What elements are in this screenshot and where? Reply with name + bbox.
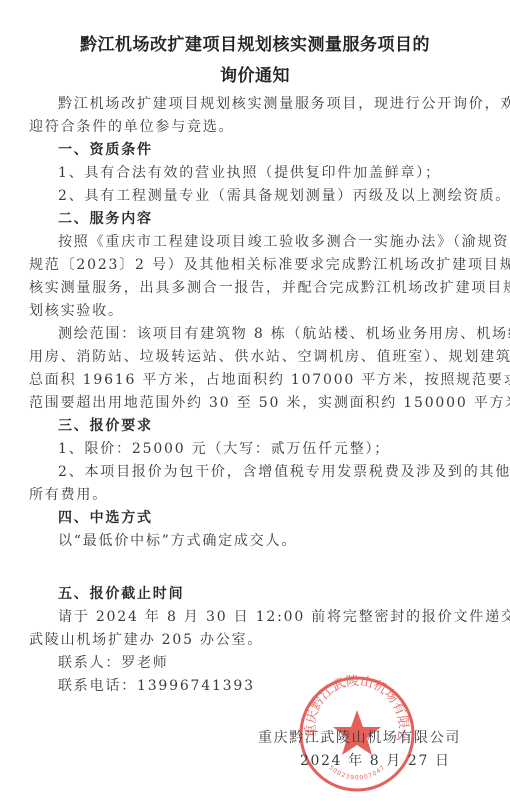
section1-item-1: 1、具有合法有效的营业执照（提供复印件加盖鲜章）； xyxy=(58,162,481,184)
section5-text-line1: 请于 2024 年 8 月 30 日 12:00 前将完整密封的报价文件递交至黔… xyxy=(58,606,481,628)
section2-para2-line1: 测绘范围：该项目有建筑物 8 栋（航站楼、机场业务用房、机场综 xyxy=(58,323,481,345)
section4-heading: 四、中选方式 xyxy=(58,507,481,529)
section2-para2-line2: 用房、消防站、垃圾转运站、供水站、空调机房、值班室）、规划建筑 xyxy=(29,346,481,368)
section2-para2-line4: 范围要超出用地范围外约 30 至 50 米，实测面积约 150000 平方米。 xyxy=(29,392,481,414)
section5-heading: 五、报价截止时间 xyxy=(58,583,481,605)
section5-text-line2: 武陵山机场扩建办 205 办公室。 xyxy=(29,629,481,651)
section2-para1-line4: 划核实验收。 xyxy=(29,300,481,322)
section2-heading: 二、服务内容 xyxy=(58,208,481,230)
contact-person: 联系人：罗老师 xyxy=(58,652,481,674)
section1-item-2: 2、具有工程测量专业（需具备规划测量）丙级及以上测绘资质。 xyxy=(58,185,481,207)
document-title-line1: 黔江机场改扩建项目规划核实测量服务项目的 xyxy=(0,30,510,55)
section2-para1-line3: 核实测量服务，出具多测合一报告，并配合完成黔江机场改扩建项目规 xyxy=(29,277,481,299)
section2-para1-line2: 规范〔2023〕2 号）及其他相关标准要求完成黔江机场改扩建项目规划 xyxy=(29,254,481,276)
section3-item-2: 2、本项目报价为包干价，含增值税专用发票税费及涉及到的其他 xyxy=(58,461,481,483)
section3-heading: 三、报价要求 xyxy=(58,415,481,437)
signature-date: 2024 年 8 月 27 日 xyxy=(300,750,451,770)
section1-heading: 一、资质条件 xyxy=(58,139,481,161)
section4-text: 以“最低价中标”方式确定成交人。 xyxy=(58,530,481,552)
intro-line-1: 黔江机场改扩建项目规划核实测量服务项目，现进行公开询价，欢 xyxy=(58,93,481,115)
document-title-line2: 询价通知 xyxy=(0,61,510,86)
signature-company: 重庆黔江武陵山机场有限公司 xyxy=(258,727,461,747)
section2-para2-line3: 总面积 19616 平方米，占地面积约 107000 平方米，按照规范要求实测 xyxy=(29,369,481,391)
section3-item-2-cont: 所有费用。 xyxy=(29,484,481,506)
intro-line-2: 迎符合条件的单位参与竞选。 xyxy=(29,116,481,138)
section2-para1-line1: 按照《重庆市工程建设项目竣工验收多测合一实施办法》（渝规资 xyxy=(58,231,481,253)
document-page: 黔江机场改扩建项目规划核实测量服务项目的 询价通知 黔江机场改扩建项目规划核实测… xyxy=(0,0,510,801)
section3-item-1: 1、限价：25000 元（大写：贰万伍仟元整）； xyxy=(58,438,481,460)
contact-phone: 联系电话：13996741393 xyxy=(58,675,481,697)
